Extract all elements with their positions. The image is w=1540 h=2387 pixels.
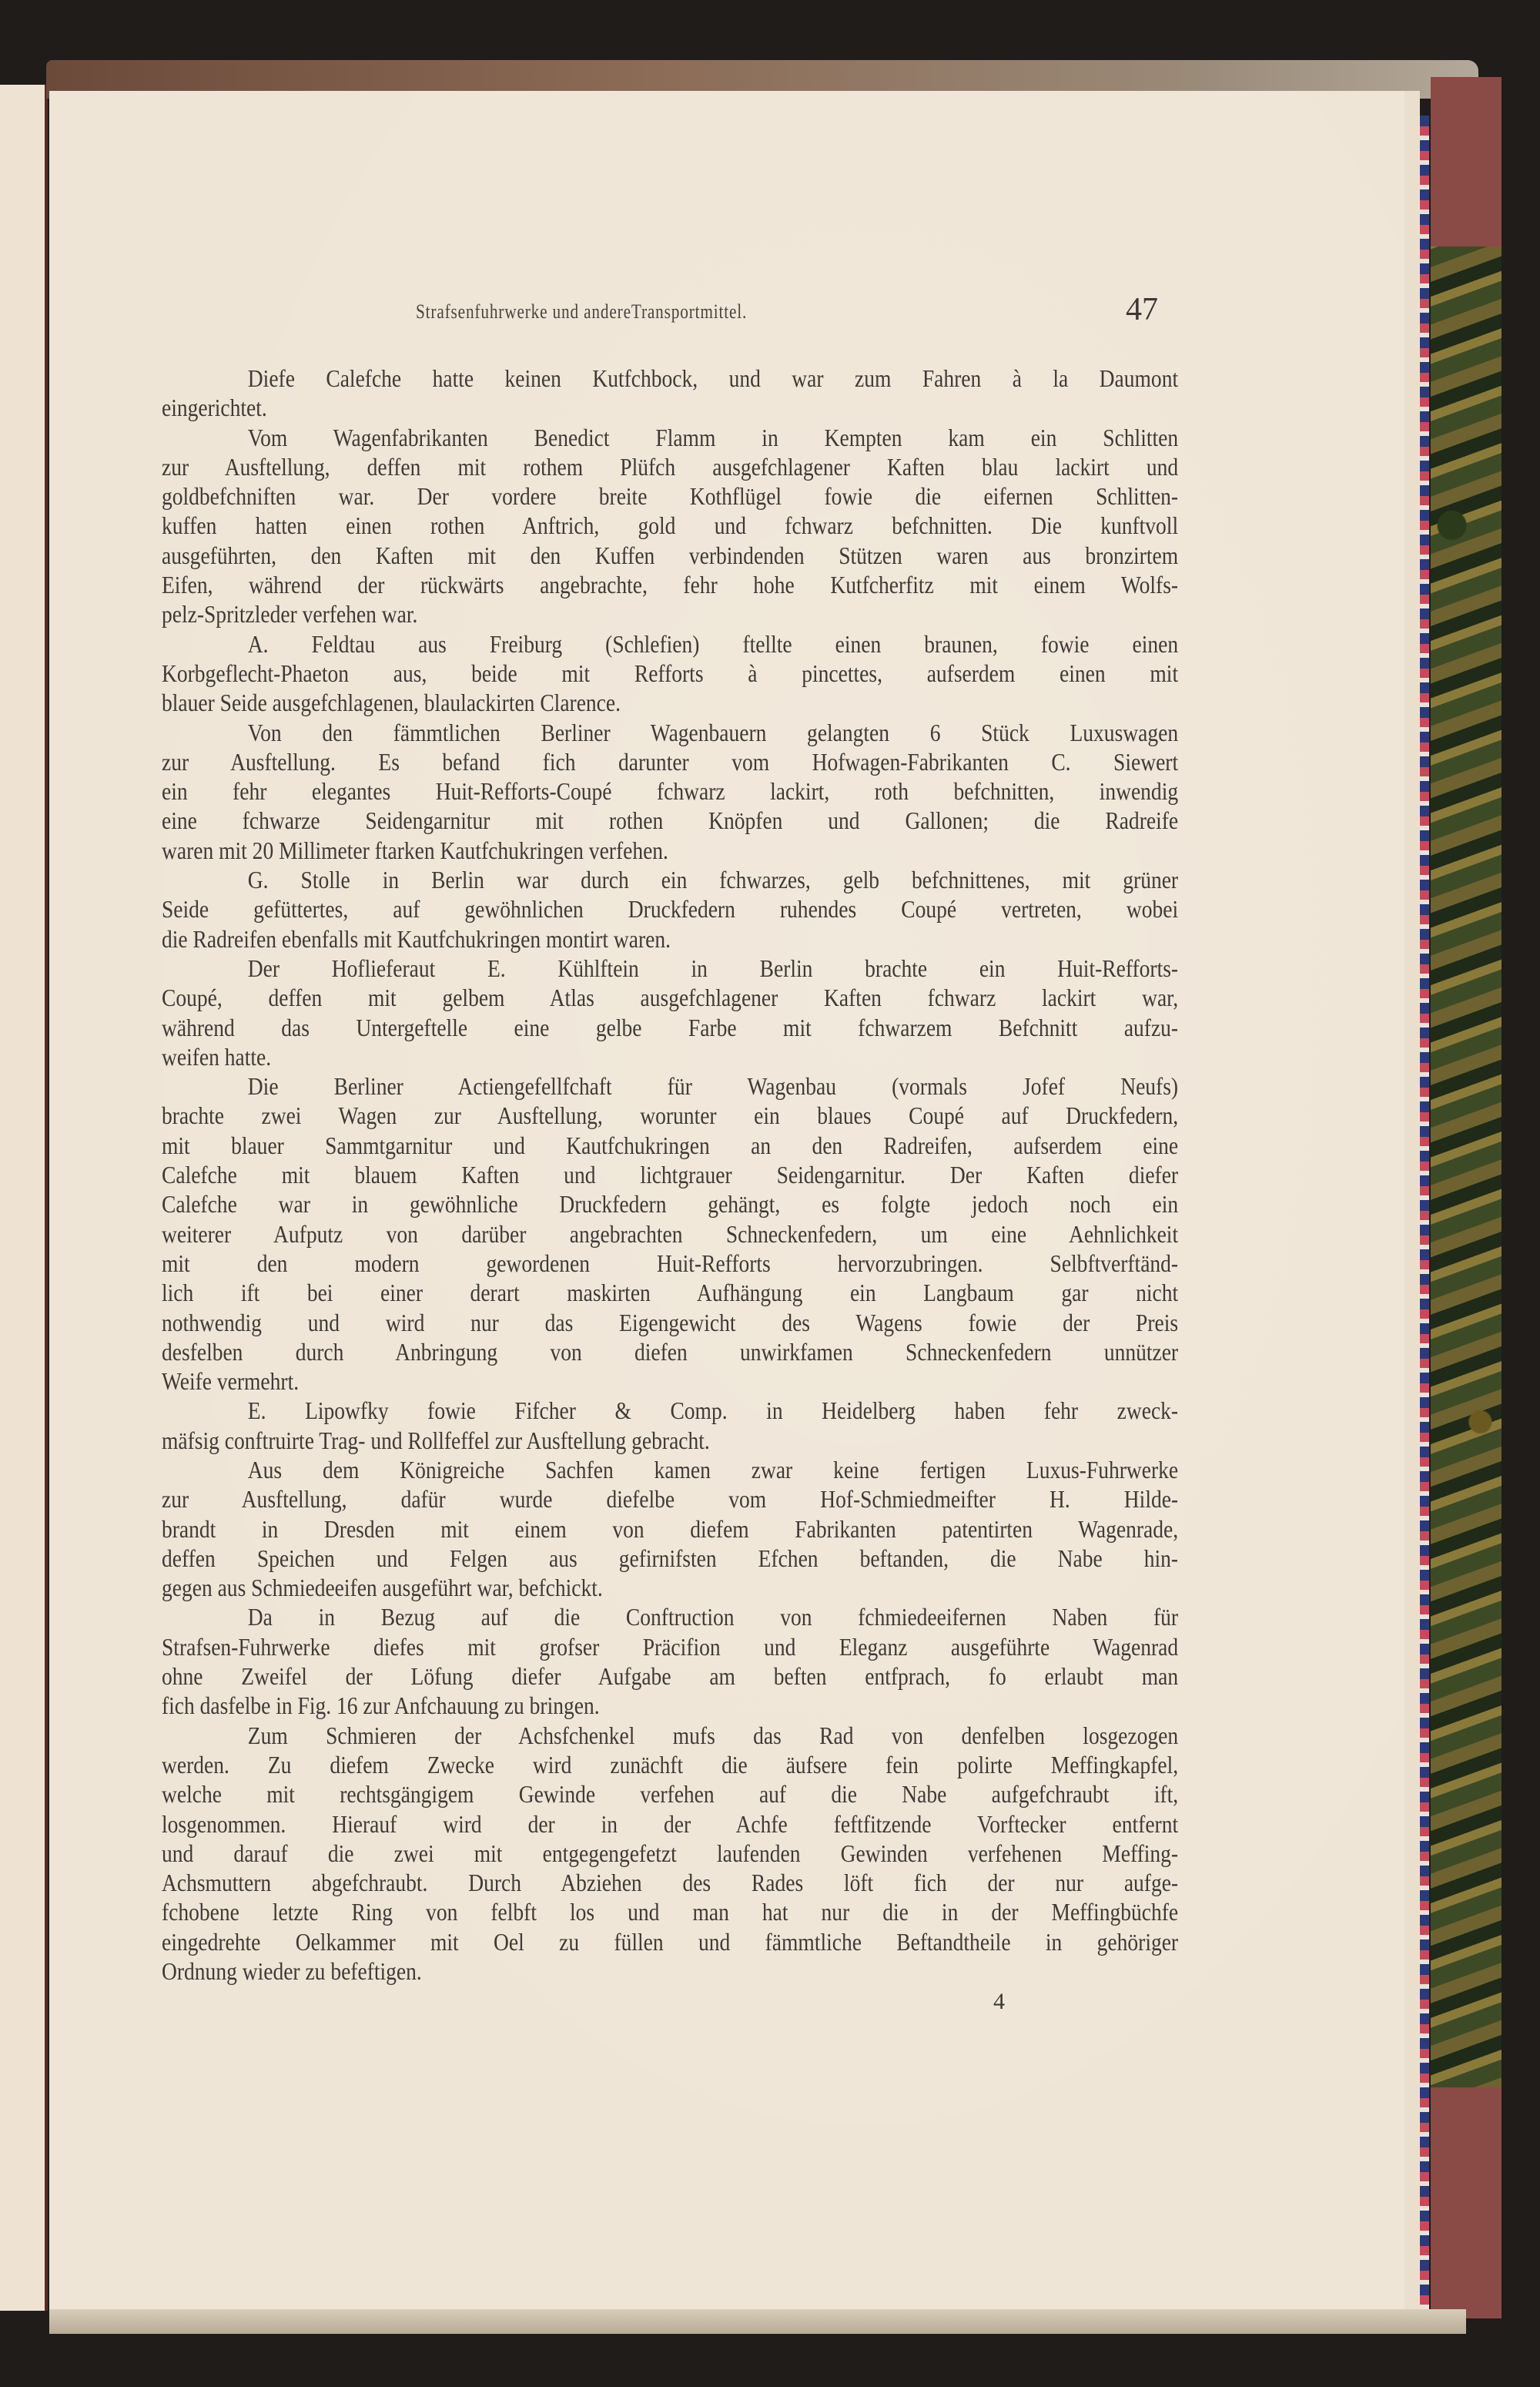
leather-corner-top: [1431, 77, 1501, 246]
text-line: Vom Wagenfabrikanten Benedict Flamm in K…: [162, 423, 1178, 452]
text-line: brandt in Dresden mit einem von diefem F…: [162, 1514, 1178, 1544]
text-line: Strafsen-Fuhrwerke diefes mit grofser Pr…: [162, 1632, 1178, 1661]
text-line: fchobene letzte Ring von felbft los und …: [162, 1897, 1178, 1926]
text-line: kuffen hatten einen rothen Anftrich, gol…: [162, 511, 1178, 540]
text-line: E. Lipowfky fowie Fifcher & Comp. in Hei…: [162, 1396, 1178, 1425]
text-line: waren mit 20 Millimeter ftarken Kautfchu…: [162, 836, 1178, 865]
text-line: ausgeführten, den Kaften mit den Kuffen …: [162, 541, 1178, 570]
text-line: Weife vermehrt.: [162, 1366, 1178, 1396]
text-line: zur Ausftellung. Es befand fich darunter…: [162, 747, 1178, 776]
text-line: blauer Seide ausgefchlagenen, blaulackir…: [162, 688, 1178, 717]
body-text: Diefe Calefche hatte keinen Kutfchbock, …: [162, 364, 1178, 1986]
text-line: Calefche mit blauem Kaften und lichtgrau…: [162, 1160, 1178, 1189]
text-line: Eifen, während der rückwärts angebrachte…: [162, 570, 1178, 599]
text-line: pelz-Spritzleder verfehen war.: [162, 599, 1178, 629]
running-head: Strafsenfuhrwerke und andereTransportmit…: [416, 300, 747, 324]
text-line: losgenommen. Hierauf wird der in der Ach…: [162, 1809, 1178, 1839]
signature-mark: 4: [993, 1989, 1005, 2015]
page-bottom-edge: [49, 2309, 1466, 2334]
text-line: zur Ausftellung, dafür wurde diefelbe vo…: [162, 1484, 1178, 1514]
text-line: nothwendig und wird nur das Eigengewicht…: [162, 1308, 1178, 1337]
text-line: Aus dem Königreiche Sachfen kamen zwar k…: [162, 1455, 1178, 1484]
text-line: fich dasfelbe in Fig. 16 zur Anfchauung …: [162, 1691, 1178, 1720]
text-line: eingedrehte Oelkammer mit Oel zu füllen …: [162, 1927, 1178, 1956]
text-line: eingerichtet.: [162, 393, 1178, 422]
facing-page-edge: [0, 85, 48, 2311]
text-line: A. Feldtau aus Freiburg (Schlefien) ftel…: [162, 629, 1178, 659]
text-line: deffen Speichen und Felgen aus gefirnifs…: [162, 1544, 1178, 1573]
text-line: Da in Bezug auf die Conftruction von fch…: [162, 1602, 1178, 1631]
text-line: weiterer Aufputz von darüber angebrachte…: [162, 1219, 1178, 1249]
marbled-book-cover: [1431, 77, 1501, 2318]
text-line: mit blauer Sammtgarnitur und Kautfchukri…: [162, 1131, 1178, 1160]
text-line: ein fehr elegantes Huit-Refforts-Coupé f…: [162, 776, 1178, 806]
text-line: Coupé, deffen mit gelbem Atlas ausgefchl…: [162, 983, 1178, 1012]
text-line: zur Ausftellung, deffen mit rothem Plüfc…: [162, 452, 1178, 481]
headband: [1418, 116, 1429, 2311]
text-line: Zum Schmieren der Achsfchenkel mufs das …: [162, 1721, 1178, 1750]
leather-corner-bottom: [1431, 2087, 1501, 2318]
text-line: welche mit rechtsgängigem Gewinde verfeh…: [162, 1779, 1178, 1809]
text-line: desfelben durch Anbringung von diefen un…: [162, 1337, 1178, 1366]
text-line: gegen aus Schmiedeeifen ausgeführt war, …: [162, 1573, 1178, 1602]
page-number: 47: [1126, 291, 1158, 328]
text-line: eine fchwarze Seidengarnitur mit rothen …: [162, 806, 1178, 835]
text-line: lich ift bei einer derart maskirten Aufh…: [162, 1278, 1178, 1307]
text-line: Korbgeflecht-Phaeton aus, beide mit Reff…: [162, 659, 1178, 688]
text-line: weifen hatte.: [162, 1042, 1178, 1071]
text-line: Von den fämmtlichen Berliner Wagenbauern…: [162, 718, 1178, 747]
text-line: G. Stolle in Berlin war durch ein fchwar…: [162, 865, 1178, 894]
text-line: brachte zwei Wagen zur Ausftellung, woru…: [162, 1101, 1178, 1130]
text-line: ohne Zweifel der Löfung diefer Aufgabe a…: [162, 1661, 1178, 1691]
text-line: die Radreifen ebenfalls mit Kautfchukrin…: [162, 924, 1178, 954]
text-line: Achsmuttern abgefchraubt. Durch Abziehen…: [162, 1868, 1178, 1897]
text-line: und darauf die zwei mit entgegengefetzt …: [162, 1839, 1178, 1868]
text-line: Seide gefüttertes, auf gewöhnlichen Druc…: [162, 894, 1178, 924]
text-line: Die Berliner Actiengefellfchaft für Wage…: [162, 1071, 1178, 1101]
text-line: Der Hoflieferaut E. Kühlftein in Berlin …: [162, 954, 1178, 983]
text-line: Diefe Calefche hatte keinen Kutfchbock, …: [162, 364, 1178, 393]
text-line: goldbefchniften war. Der vordere breite …: [162, 481, 1178, 511]
text-line: während das Untergeftelle eine gelbe Far…: [162, 1013, 1178, 1042]
text-line: mäfsig conftruirte Trag- und Rollfeffel …: [162, 1426, 1178, 1455]
text-line: mit den modern gewordenen Huit-Refforts …: [162, 1249, 1178, 1278]
text-line: Calefche war in gewöhnliche Druckfedern …: [162, 1189, 1178, 1219]
text-line: Ordnung wieder zu befeftigen.: [162, 1956, 1178, 1986]
text-line: werden. Zu diefem Zwecke wird zunächft d…: [162, 1750, 1178, 1779]
